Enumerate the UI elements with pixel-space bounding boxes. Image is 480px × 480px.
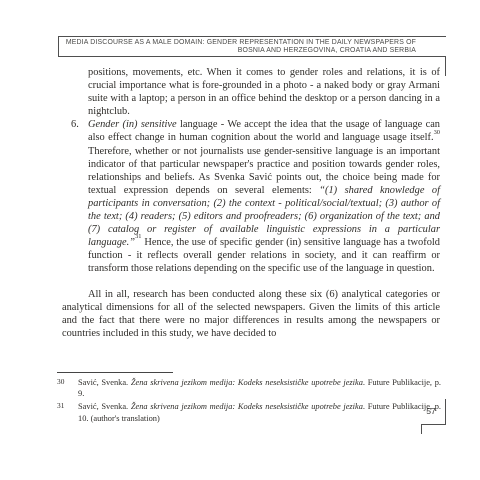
header-bottom-rule xyxy=(58,56,446,57)
running-header-line1: MEDIA DISCOURSE AS A MALE DOMAIN: GENDER… xyxy=(58,39,416,47)
page-number-bracket-horizontal xyxy=(421,424,446,425)
running-header-line2: BOSNIA AND HERZEGOVINA, CROATIA AND SERB… xyxy=(58,47,416,55)
paragraph-closing: All in all, research has been conducted … xyxy=(62,288,440,340)
footnote-31: 31 Savić, Svenka. Žena skrivena jezikom … xyxy=(57,401,441,424)
header-right-tick xyxy=(445,56,446,76)
footnote-31-marker: 31 xyxy=(57,400,64,411)
page-number-bracket-vertical xyxy=(445,399,446,424)
footnote-30-text: Savić, Svenka. Žena skrivena jezikom med… xyxy=(78,378,441,398)
footnote-30: 30 Savić, Svenka. Žena skrivena jezikom … xyxy=(57,377,441,400)
footnotes: 30 Savić, Svenka. Žena skrivena jezikom … xyxy=(57,377,441,426)
list-item-6-marker: 6. xyxy=(71,118,79,131)
paper-page: { "header": { "title_line1": "MEDIA DISC… xyxy=(0,0,480,480)
footnote-30-marker: 30 xyxy=(57,376,64,387)
list-item-6: 6. Gender (in) sensitive language - We a… xyxy=(88,118,440,275)
header-top-rule xyxy=(58,36,446,37)
page-number: 57 xyxy=(420,406,442,416)
footnote-31-text: Savić, Svenka. Žena skrivena jezikom med… xyxy=(78,402,441,422)
page-number-bracket-small-vertical xyxy=(421,424,422,434)
paragraph-continuation: positions, movements, etc. When it comes… xyxy=(88,66,440,118)
footnote-separator-rule xyxy=(57,372,173,373)
page-body: positions, movements, etc. When it comes… xyxy=(62,66,440,340)
running-header: MEDIA DISCOURSE AS A MALE DOMAIN: GENDER… xyxy=(58,39,416,55)
list-item-6-text: Gender (in) sensitive language - We acce… xyxy=(88,119,440,274)
